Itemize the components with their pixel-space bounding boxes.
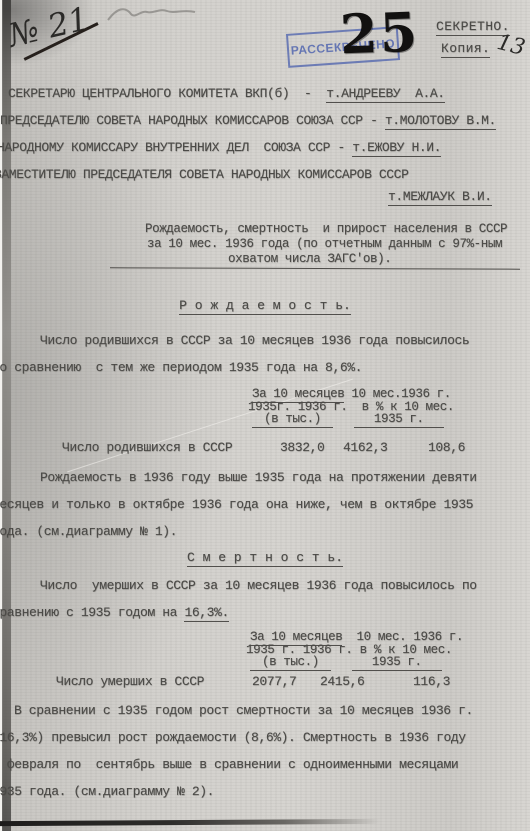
paragraph-line: года. (см.диаграмму № 1). [0,524,177,539]
paragraph-line: В сравнении с 1935 годом рост смертности… [14,703,473,718]
page-number-stamp: 25 [339,0,420,66]
addressee-line: НАРОДНОМУ КОМИССАРУ ВНУТРЕННИХ ДЕЛ СОЮЗА… [0,140,441,155]
handwritten-pencil-scribble-icon [105,2,200,28]
paragraph-line: (16,3%) превысил рост рождаемости (8,6%)… [0,730,466,745]
addressee-title: ПРЕДСЕДАТЕЛЮ СОВЕТА НАРОДНЫХ КОМИССАРОВ … [0,113,385,128]
paragraph-line: месяцев и только в октябре 1936 года она… [0,497,473,512]
table-header-col: 10 мес.1936 г. [344,387,451,401]
underlined-percent-value: 16,3%. [184,605,228,622]
addressee-line: СЕКРЕТАРЮ ЦЕНТРАЛЬНОГО КОМИТЕТА ВКП(б) -… [8,86,445,101]
handwritten-copy-number: 13 [494,30,527,61]
addressee-name: т.МЕЖЛАУК В.И. [388,189,492,206]
paragraph-line: по сравнению с тем же периодом 1935 года… [0,360,362,375]
table-value-percent: 116,3 [413,674,450,689]
table-value-1936: 2415,6 [320,674,364,689]
section-heading-death: С м е р т н о с т ь. [0,550,530,565]
paragraph-line: сравнению с 1935 годом на 16,3%. [0,605,229,620]
table-value-percent: 108,6 [428,440,465,455]
paragraph-line: Число умерших в СССР за 10 месяцев 1936 … [40,578,477,593]
paragraph-line: 1935 года. (см.диаграмму № 2). [0,784,214,799]
addressee-title: НАРОДНОМУ КОМИССАРУ ВНУТРЕННИХ ДЕЛ СОЮЗА… [0,140,352,155]
paragraph-line: с февраля по сентябрь выше в сравнении с… [0,757,458,772]
doc-title-line-3: охватом числа ЗАГС'ов). [228,252,391,266]
title-underline [110,267,520,269]
addressee-line: т.МЕЖЛАУК В.И. [388,189,492,204]
addressee-title: ЗАМЕСТИТЕЛЮ ПРЕДСЕДАТЕЛЯ СОВЕТА НАРОДНЫХ… [0,167,408,182]
table-header-col: 1935 г. [352,655,442,671]
table-header-line: (в тыс.) 1935 г. [250,655,442,669]
table-value-1935: 2077,7 [252,674,296,689]
doc-title-line-1: Рождаемость, смертность и прирост населе… [145,222,507,236]
table-row-label: Число умерших в СССР [56,674,204,689]
addressee-name: т.МОЛОТОВУ В.М. [385,113,496,130]
table-header-unit: (в тыс.) [250,655,331,671]
paragraph-line: Число родившихся в СССР за 10 месяцев 19… [40,333,469,348]
table-header-line: За 10 месяцев 10 мес.1936 г. [252,387,451,401]
table-header-col: 10 мес. 1936 г. [342,630,463,644]
paragraph-line: Рождаемость в 1936 году выше 1935 года н… [40,470,477,485]
addressee-line: ПРЕДСЕДАТЕЛЮ СОВЕТА НАРОДНЫХ КОМИССАРОВ … [0,113,496,128]
table-header-col: 1935 г. [354,412,444,428]
table-header-line: (в тыс.) 1935 г. [252,412,444,426]
addressee-line: ЗАМЕСТИТЕЛЮ ПРЕДСЕДАТЕЛЯ СОВЕТА НАРОДНЫХ… [0,167,408,182]
addressee-title: СЕКРЕТАРЮ ЦЕНТРАЛЬНОГО КОМИТЕТА ВКП(б) - [8,86,326,101]
scanned-document-page: № 21 РАССЕКРЕЧЕНО 25 СЕКРЕТНО. Копия. 13… [0,0,530,831]
table-header-line: За 10 месяцев 10 мес. 1936 г. [250,630,463,644]
doc-title-line-2: за 10 мес. 1936 года (по отчетным данным… [147,237,502,251]
scan-bottom-artifact [0,819,380,826]
table-value-1936: 4162,3 [343,440,387,455]
table-header-unit: (в тыс.) [252,412,333,428]
section-heading-birth: Р о ж д а е м о с т ь. [0,298,530,313]
addressee-name: т.ЕЖОВУ Н.И. [352,140,441,157]
copy-label: Копия. [441,41,490,58]
addressee-name: т.АНДРЕЕВУ А.А. [326,86,444,103]
table-value-1935: 3832,0 [280,440,324,455]
table-row-label: Число родившихся в СССР [62,440,232,455]
